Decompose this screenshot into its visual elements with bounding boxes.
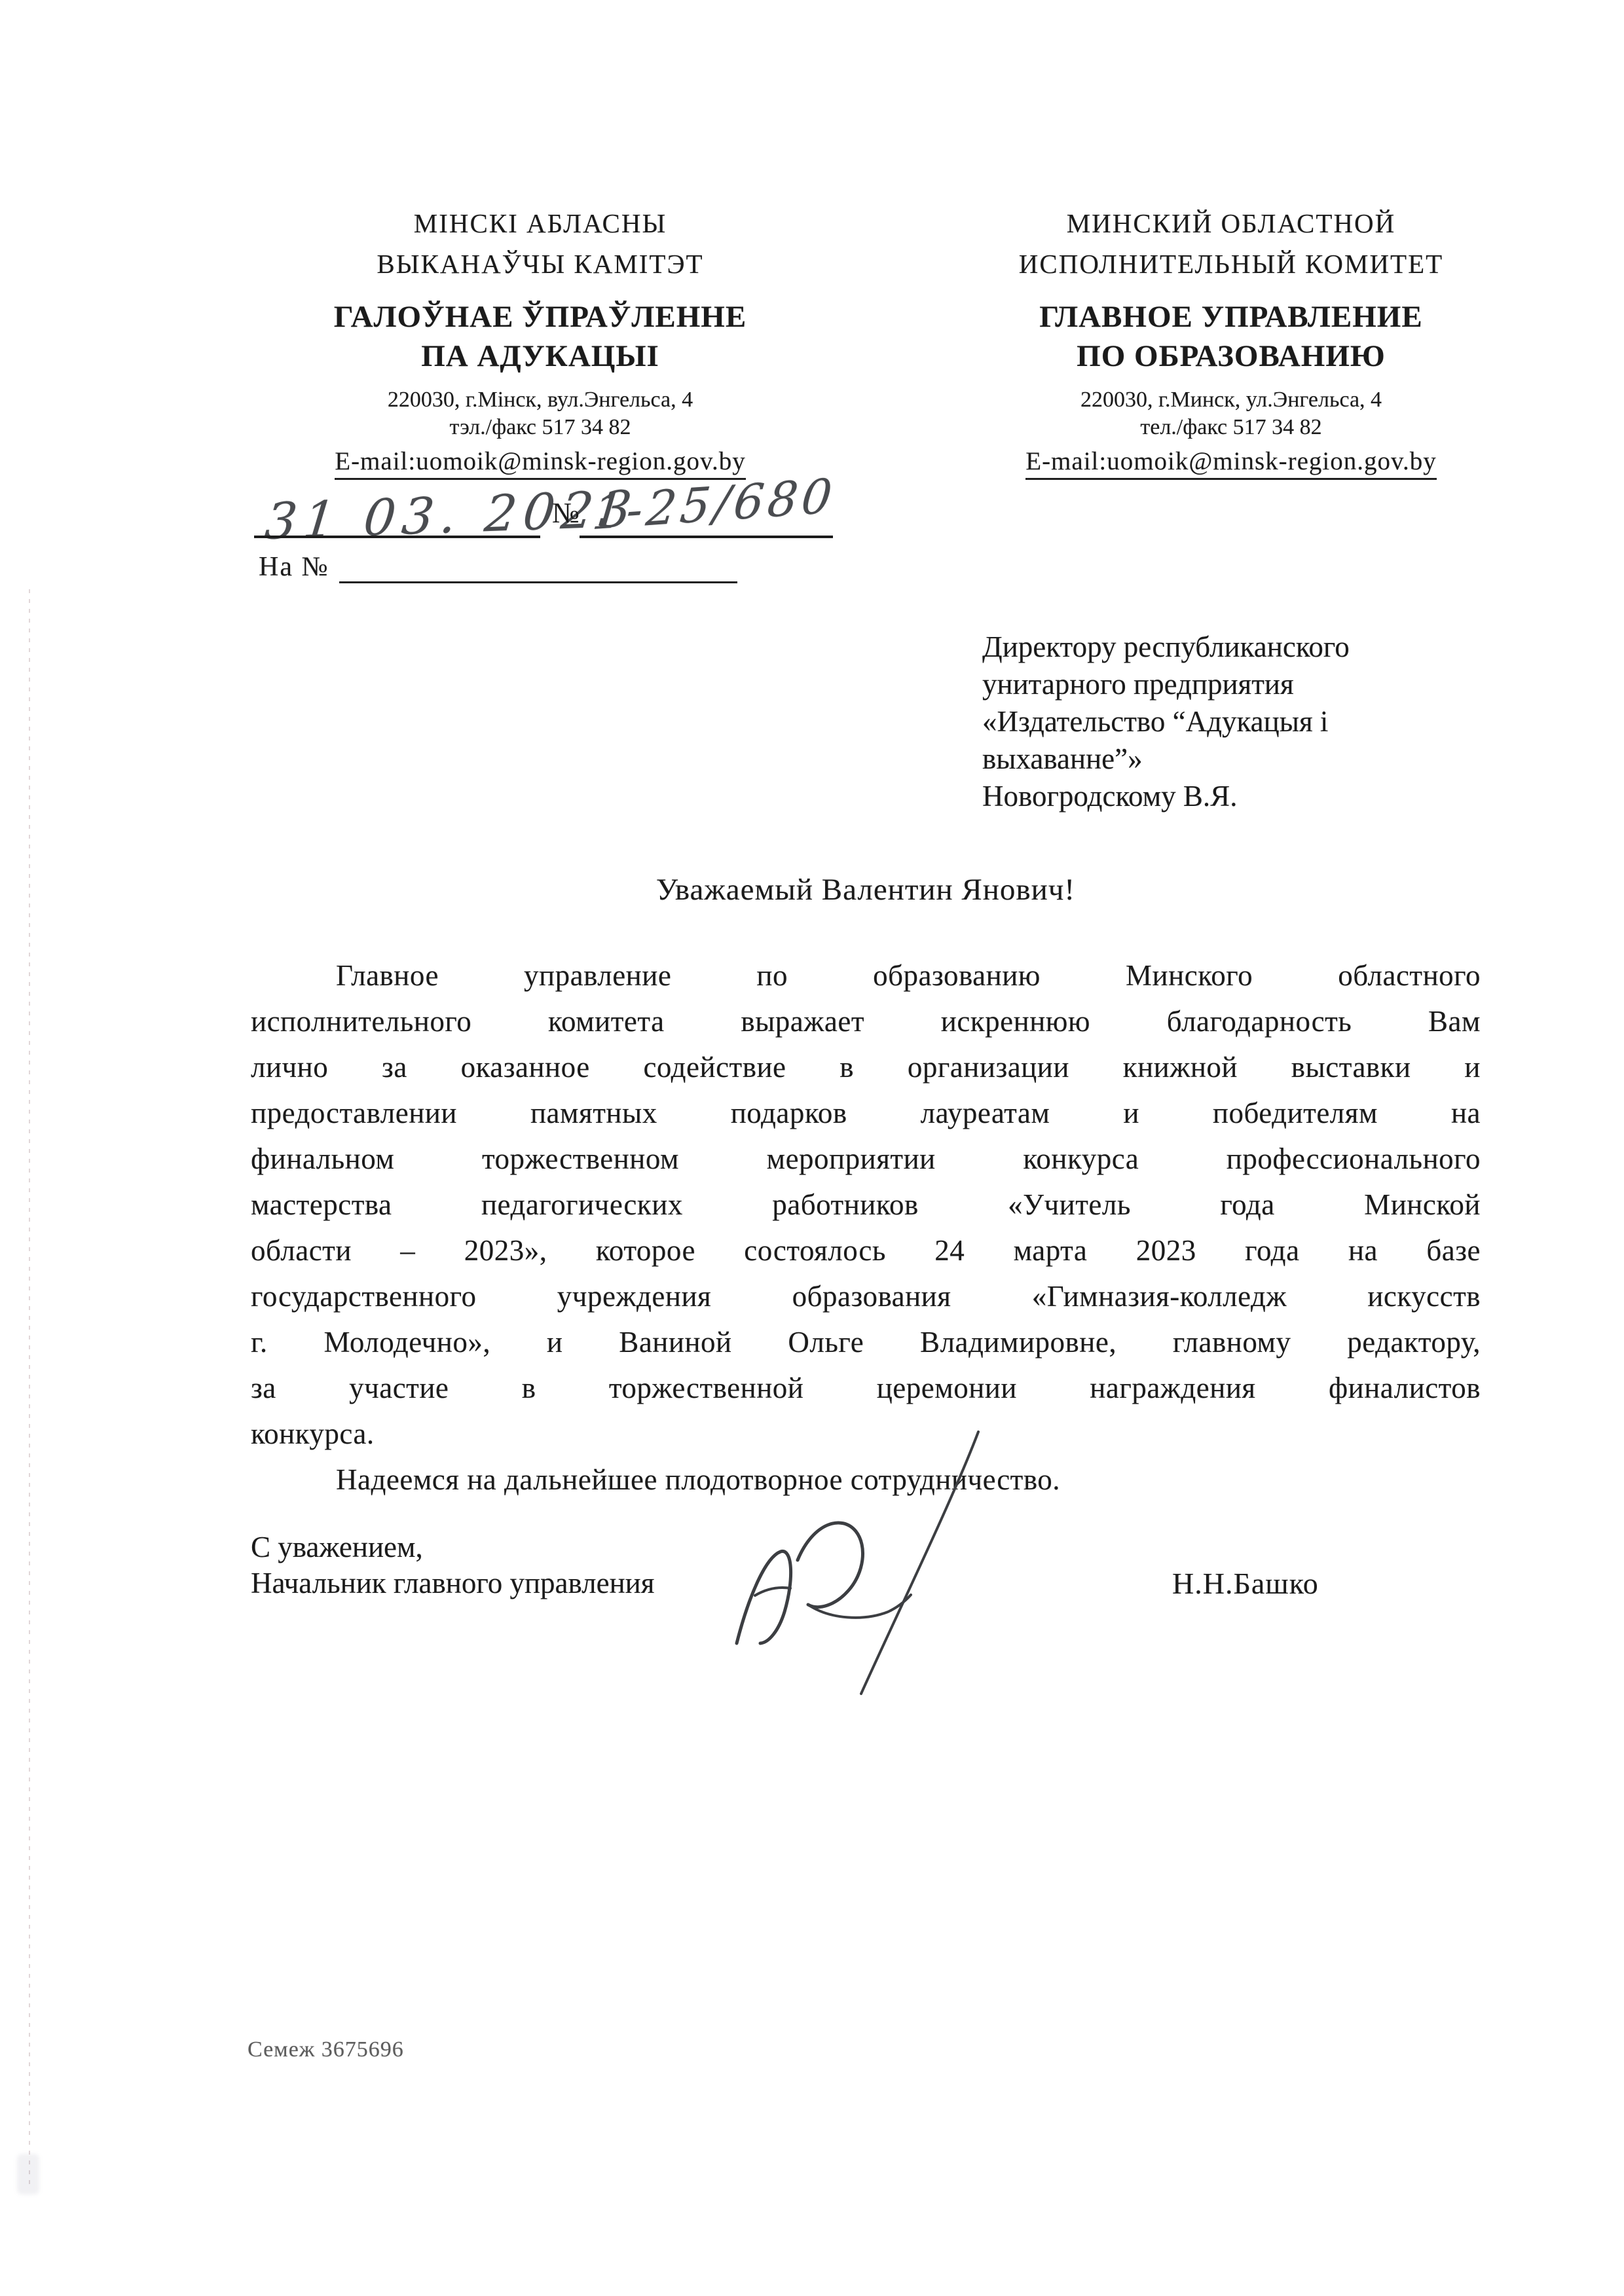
signer-name: Н.Н.Башко — [1172, 1566, 1319, 1601]
salutation: Уважаемый Валентин Янович! — [251, 872, 1481, 907]
closing-regards: С уважением, — [251, 1529, 654, 1565]
body-line: лично за оказанное содействие в организа… — [251, 1044, 1481, 1090]
body-line: области – 2023», которое состоялось 24 м… — [251, 1228, 1481, 1273]
scan-artifact-smudge — [17, 2154, 39, 2195]
signer-position: Начальник главного управления — [251, 1565, 654, 1601]
clerk-reference-note: Семеж 3675696 — [248, 2037, 404, 2062]
phone-fax: тэл./факс 517 34 82 — [216, 414, 864, 441]
handwritten-signature-icon — [701, 1424, 1015, 1699]
letter-body: Главное управление по образованию Минско… — [251, 953, 1481, 1503]
body-line: исполнительного комитета выражает искрен… — [251, 998, 1481, 1044]
department-name-line: ГАЛОЎНАЕ ЎПРАЎЛЕННЕ — [216, 297, 864, 337]
addressee-line: унитарного предприятия — [982, 666, 1506, 703]
org-name-line: МИНСКИЙ ОБЛАСТНОЙ — [910, 203, 1552, 244]
scanned-letter-page: МІНСКІ АБЛАСНЫ ВЫКАНАЎЧЫ КАМІТЭТ ГАЛОЎНА… — [0, 0, 1624, 2296]
letterhead-right: МИНСКИЙ ОБЛАСТНОЙ ИСПОЛНИТЕЛЬНЫЙ КОМИТЕТ… — [910, 203, 1552, 480]
phone-fax: тел./факс 517 34 82 — [910, 414, 1552, 441]
addressee-line: Новогродскому В.Я. — [982, 778, 1506, 815]
org-name-line: ИСПОЛНИТЕЛЬНЫЙ КОМИТЕТ — [910, 244, 1552, 284]
email-row: E-mail:uomoik@minsk-region.gov.by — [910, 446, 1552, 480]
postal-address: 220030, г.Минск, ул.Энгельса, 4 — [910, 386, 1552, 414]
org-name-line: ВЫКАНАЎЧЫ КАМІТЭТ — [216, 244, 864, 284]
handwritten-date: 31 03. 2023 — [262, 479, 640, 551]
date-underline — [254, 536, 540, 538]
body-line: финальном торжественном мероприятии конк… — [251, 1136, 1481, 1182]
number-underline — [580, 536, 833, 538]
addressee-line: «Издательство “Адукацыя і — [982, 703, 1506, 740]
body-line: государственного учреждения образования … — [251, 1273, 1481, 1319]
closing-block: С уважением, Начальник главного управлен… — [251, 1529, 654, 1601]
addressee-line: Директору республиканского — [982, 629, 1506, 666]
department-name-line: ПА АДУКАЦЫІ — [216, 337, 864, 376]
org-name-line: МІНСКІ АБЛАСНЫ — [216, 203, 864, 244]
scan-artifact-dotted-line — [29, 589, 30, 2187]
reply-to-label: На № — [259, 551, 329, 583]
body-line: Главное управление по образованию Минско… — [251, 953, 1481, 998]
body-line: предоставлении памятных подарков лауреат… — [251, 1090, 1481, 1136]
body-line: за участие в торжественной церемонии наг… — [251, 1365, 1481, 1411]
body-line: мастерства педагогических работников «Уч… — [251, 1182, 1481, 1228]
addressee-line: выхаванне”» — [982, 740, 1506, 778]
email-address: E-mail:uomoik@minsk-region.gov.by — [1025, 446, 1436, 480]
body-line: г. Молодечно», и Ваниной Ольге Владимиро… — [251, 1319, 1481, 1365]
letterhead-left: МІНСКІ АБЛАСНЫ ВЫКАНАЎЧЫ КАМІТЭТ ГАЛОЎНА… — [216, 203, 864, 480]
addressee-block: Директору республиканского унитарного пр… — [982, 629, 1506, 815]
department-name-line: ПО ОБРАЗОВАНИЮ — [910, 337, 1552, 376]
number-label: № — [552, 496, 580, 530]
postal-address: 220030, г.Мінск, вул.Энгельса, 4 — [216, 386, 864, 414]
reply-number-underline — [339, 581, 737, 583]
department-name-line: ГЛАВНОЕ УПРАВЛЕНИЕ — [910, 297, 1552, 337]
email-address: E-mail:uomoik@minsk-region.gov.by — [335, 446, 745, 480]
